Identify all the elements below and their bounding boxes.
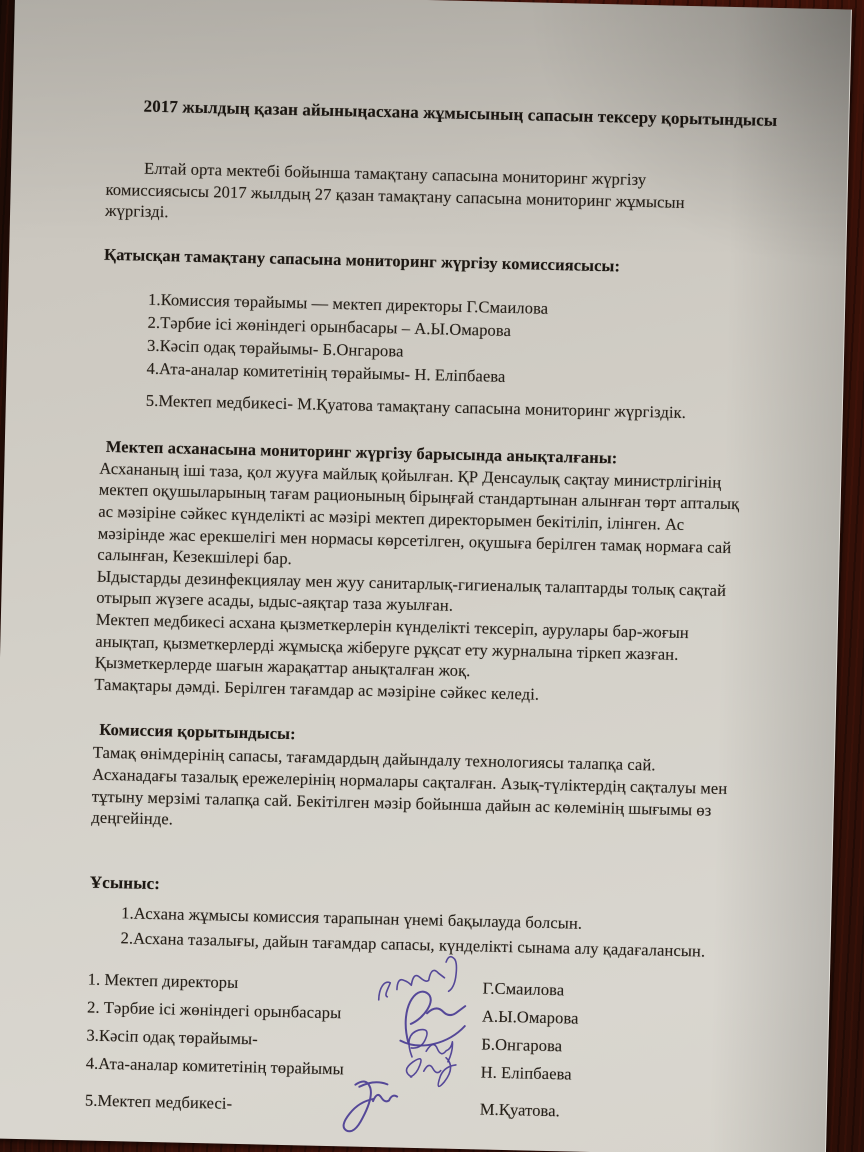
signatory-name: Н. Еліпбаева <box>480 1058 806 1093</box>
signatory-name: М.Қуатова. <box>480 1095 806 1130</box>
signature-ink-nurse <box>367 1093 481 1124</box>
findings-section: Асхананың іші таза, қол жууға майлық қой… <box>94 457 805 710</box>
signature-block: 1. Мектеп директоры Г.Смаилова 2. Тәрбие… <box>85 965 808 1130</box>
suggestions-list: 1.Асхана жұмысы комиссия тарапынан үнемі… <box>120 900 795 966</box>
screenshot-root: { "colors":{ "table_wood":"#3c1209", "pa… <box>0 0 864 1152</box>
document-content: 2017 жылдың қазан айыныңасхана жұмысының… <box>0 0 851 1152</box>
participants-heading: Қатысқан тамақтану сапасына мониторинг ж… <box>104 245 810 281</box>
document-page: 2017 жылдың қазан айыныңасхана жұмысының… <box>0 0 852 1152</box>
findings-paragraph: Асхананың іші таза, қол жууға майлық қой… <box>97 457 805 581</box>
intro-paragraph: Елтай орта мектебі бойынша тамақтану сап… <box>105 157 812 238</box>
document-title: 2017 жылдың қазан айыныңасхана жұмысының… <box>107 96 813 132</box>
participants-list: 1.Комиссия төрайымы — мектеп директоры Г… <box>146 288 810 427</box>
list-item: 5.Мектеп медбикесі- М.Қуатова тамақтану … <box>146 389 807 427</box>
signature-icon <box>324 1076 415 1144</box>
conclusion-section: Тамақ өнімдерінің сапасы, тағамдардың да… <box>91 742 799 844</box>
